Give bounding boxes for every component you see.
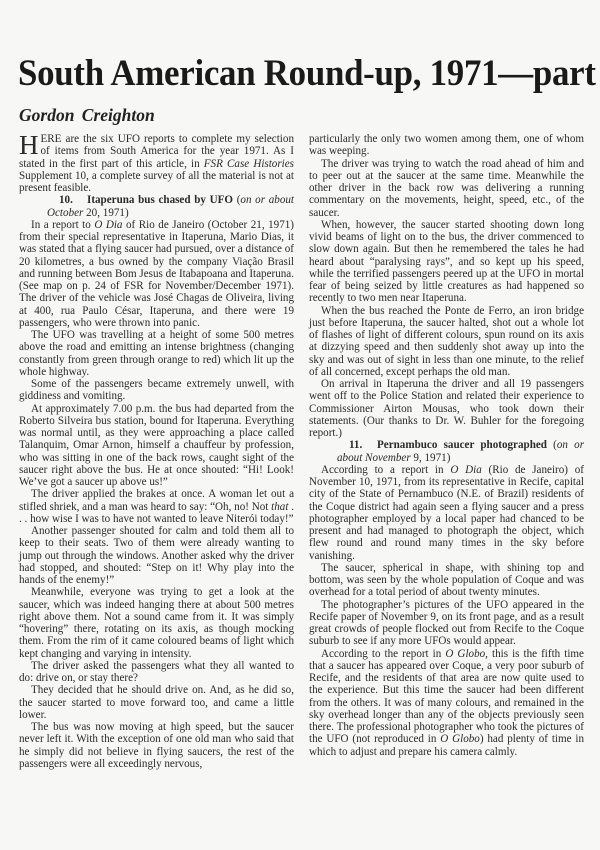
- body-paragraph: According to a report in O Dia (Rio de J…: [309, 464, 584, 562]
- publication-name: O Globo: [445, 648, 485, 660]
- section-heading-11: 11.Pernambuco saucer photographed (on or…: [309, 439, 584, 464]
- section-date-end: 9, 1971): [411, 452, 451, 464]
- body-paragraph: On arrival in Itaperuna the driver and a…: [309, 378, 584, 439]
- emphasis: that: [271, 501, 288, 513]
- body-paragraph: Meanwhile, everyone was trying to get a …: [19, 586, 294, 660]
- body-paragraph: According to the report in O Globo, this…: [309, 648, 584, 758]
- section-date-end: 20, 1971): [83, 207, 128, 219]
- publication-name: O Dia: [450, 464, 481, 476]
- intro-paragraph: HERE are the six UFO reports to complete…: [19, 133, 294, 194]
- section-heading-10: 10.Itaperuna bus chased by UFO (on or ab…: [19, 194, 294, 219]
- body-paragraph: Some of the passengers became extremely …: [19, 378, 294, 403]
- body-paragraph: They decided that he should drive on. An…: [19, 684, 294, 721]
- body-paragraph: When the bus reached the Ponte de Ferro,…: [309, 305, 584, 379]
- body-paragraph-continued: particularly the only two women among th…: [309, 133, 584, 158]
- body-paragraph: The bus was now moving at high speed, bu…: [19, 721, 294, 770]
- section-number: 10.: [59, 194, 87, 206]
- body-paragraph: The UFO was travelling at a height of so…: [19, 329, 294, 378]
- section-title: Pernambuco saucer photographed: [377, 439, 547, 451]
- body-paragraph: The photographer’s pictures of the UFO a…: [309, 599, 584, 648]
- article-title: South American Round-up, 1971—part 2: [18, 52, 600, 96]
- text: , this is the fifth time that a saucer h…: [309, 648, 584, 746]
- text: (Rio de Janeiro) of November 10, 1971, f…: [309, 464, 584, 562]
- publication-name: O Globo: [440, 733, 480, 745]
- text: of Rio de Janeiro (October 21, 1971) fro…: [19, 219, 294, 329]
- body-paragraph: Another passenger shouted for calm and t…: [19, 525, 294, 586]
- body-paragraph: When, however, the saucer started shooti…: [309, 219, 584, 305]
- text: The driver applied the brakes at once. A…: [19, 488, 294, 512]
- body-paragraph: At approximately 7.00 p.m. the bus had d…: [19, 403, 294, 489]
- publication-name: FSR Case Histories: [204, 158, 294, 170]
- text: In a report to: [31, 219, 94, 231]
- section-number: 11.: [349, 439, 377, 451]
- text: According to a report in: [321, 464, 450, 476]
- intro-text-end: Supplement 10, a complete survey of all …: [19, 170, 294, 194]
- body-paragraph: The driver asked the passengers what the…: [19, 660, 294, 685]
- text: According to the report in: [321, 648, 445, 660]
- article-author: Gordon Creighton: [19, 104, 155, 126]
- left-column: HERE are the six UFO reports to complete…: [19, 133, 294, 770]
- body-paragraph: The saucer, spherical in shape, with shi…: [309, 562, 584, 599]
- section-title: Itaperuna bus chased by UFO: [87, 194, 233, 206]
- body-paragraph: In a report to O Dia of Rio de Janeiro (…: [19, 219, 294, 329]
- document-page: South American Round-up, 1971—part 2 Gor…: [0, 0, 600, 850]
- right-column: particularly the only two women among th…: [309, 133, 584, 758]
- publication-name: O Dia: [94, 219, 122, 231]
- body-paragraph: The driver was trying to watch the road …: [309, 158, 584, 219]
- section-date-open: (: [547, 439, 557, 451]
- body-paragraph: The driver applied the brakes at once. A…: [19, 488, 294, 525]
